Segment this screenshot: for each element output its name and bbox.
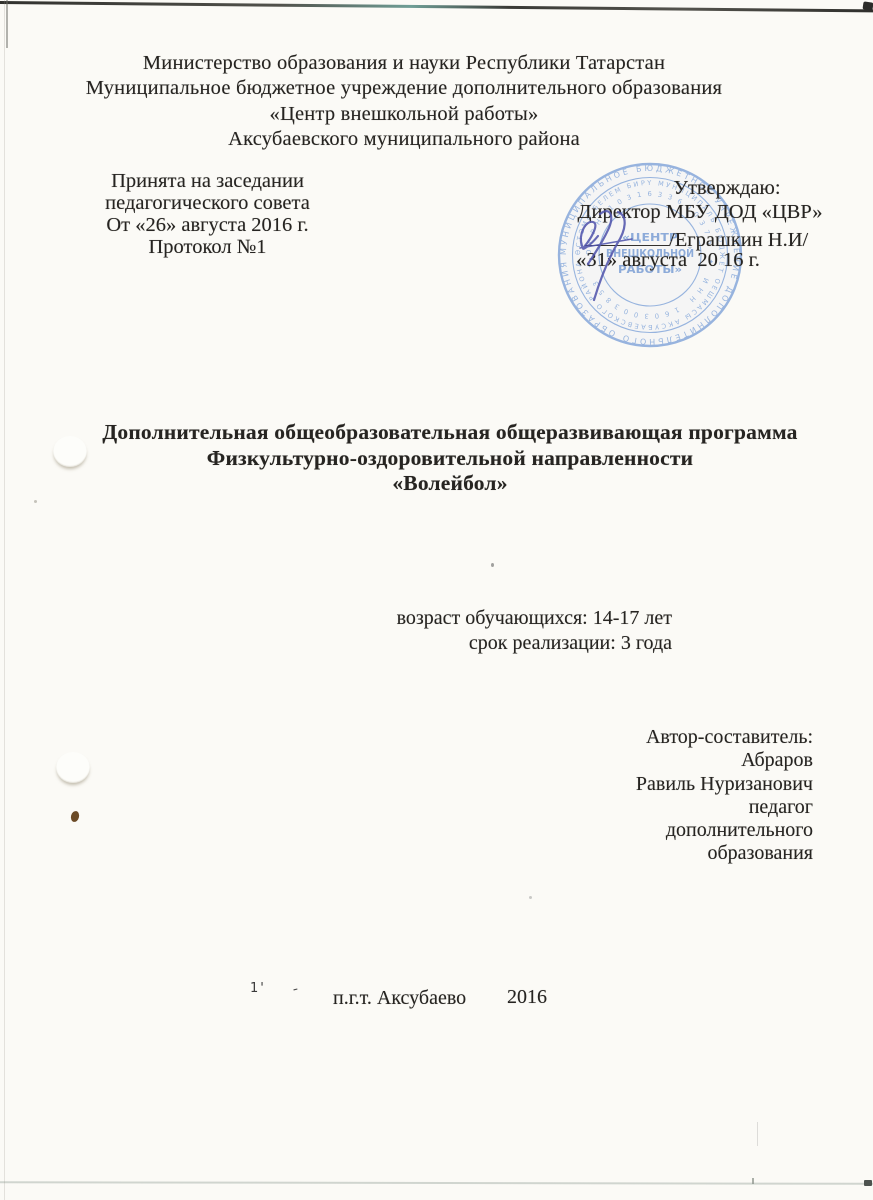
- year: 2016: [507, 986, 547, 1009]
- acceptance-date-line: От «26» августа 2016 г.: [70, 214, 345, 236]
- accepted-line: Принята на заседании: [70, 170, 345, 192]
- council-line: педагогического совета: [70, 192, 345, 214]
- author-role-line-1: педагог: [500, 796, 813, 819]
- place-name: п.г.т. Аксубаево: [333, 987, 466, 1010]
- ink-dot: [70, 810, 80, 823]
- director-signature: [560, 200, 690, 308]
- pen-mark-dash: -: [291, 981, 300, 999]
- author-role-line-3: образования: [500, 842, 813, 865]
- author-surname: Абраров: [500, 749, 813, 772]
- scanned-document-page: Министерство образования и науки Республ…: [0, 0, 873, 1200]
- age-line: возраст обучающихся: 14-17 лет: [300, 606, 672, 631]
- center-name-line: «Центр внешкольной работы»: [58, 102, 750, 127]
- scan-left-edge-line: [4, 0, 5, 1200]
- scan-corner-mark: [862, 1, 873, 10]
- ministry-line: Министерство образования и науки Республ…: [58, 51, 750, 76]
- title-line-1: Дополнительная общеобразовательная общер…: [64, 420, 836, 446]
- program-title-block: Дополнительная общеобразовательная общер…: [64, 420, 836, 497]
- duration-line: срок реализации: 3 года: [300, 631, 672, 656]
- title-line-2: Физкультурно-оздоровительной направленно…: [64, 446, 836, 472]
- institution-line: Муниципальное бюджетное учреждение допол…: [58, 76, 750, 101]
- author-role-line-2: дополнительного: [500, 819, 813, 842]
- author-name: Равиль Нуризанович: [500, 773, 813, 796]
- acceptance-block: Принята на заседании педагогического сов…: [70, 170, 345, 258]
- scan-left-edge-mark: [6, 0, 8, 48]
- scan-hairline: [757, 1122, 758, 1146]
- hole-punch-bottom: [56, 752, 90, 783]
- scan-speck: [491, 563, 494, 567]
- approve-label: Утверждаю:: [627, 177, 827, 200]
- author-label: Автор-составитель:: [500, 726, 813, 749]
- params-block: возраст обучающихся: 14-17 лет срок реал…: [300, 606, 672, 655]
- title-line-3: «Волейбол»: [64, 471, 836, 497]
- scan-speck: [34, 500, 37, 503]
- scan-speck: [529, 896, 532, 899]
- pen-mark: 1': [250, 981, 266, 996]
- district-line: Аксубаевского муниципального района: [58, 127, 750, 152]
- protocol-line: Протокол №1: [70, 236, 345, 258]
- scan-bottom-edge-line: [0, 1181, 873, 1185]
- scan-speck: [752, 1178, 754, 1184]
- author-block: Автор-составитель: Абраров Равиль Нуриза…: [500, 726, 813, 866]
- header-block: Министерство образования и науки Республ…: [58, 51, 750, 152]
- scan-corner-mark-bottom: [864, 1180, 872, 1186]
- scan-top-edge-line: [0, 1, 873, 12]
